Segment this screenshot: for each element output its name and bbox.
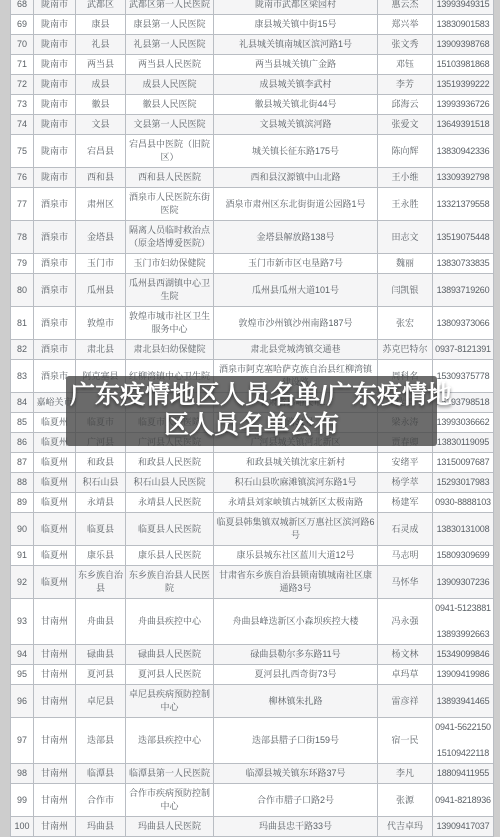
cell-institution: 舟曲县疾控中心 — [126, 599, 214, 645]
cell-address: 和政县城关镇沈家庄新村 — [214, 453, 378, 473]
table-row: 78 酒泉市 金塔县 隔离人员临时救治点（原金塔博爱医院） 金塔县解放路138号… — [11, 221, 494, 254]
cell-phone: 0941-5123881 13893992663 — [433, 599, 494, 645]
table-row: 98 甘南州 临潭县 临潭县第一人民医院 临潭县城关镇东环路37号 李凡 188… — [11, 764, 494, 784]
cell-address: 碌曲县勒尔多东路11号 — [214, 645, 378, 665]
cell-row-number: 93 — [11, 599, 34, 645]
cell-row-number: 73 — [11, 95, 34, 115]
cell-row-number: 82 — [11, 340, 34, 360]
cell-city: 陇南市 — [34, 55, 76, 75]
cell-city: 临夏州 — [34, 546, 76, 566]
cell-phone: 18809411955 — [433, 764, 494, 784]
cell-phone: 0941-5622150 15109422118 — [433, 718, 494, 764]
cell-phone: 15103981868 — [433, 55, 494, 75]
cell-institution: 合作市疾病预防控制中心 — [126, 784, 214, 817]
cell-phone: 13519399222 — [433, 75, 494, 95]
cell-county: 合作市 — [76, 784, 126, 817]
cell-address: 敦煌市沙州镇沙州南路187号 — [214, 307, 378, 340]
cell-contact: 闫凯银 — [378, 274, 433, 307]
cell-row-number: 70 — [11, 35, 34, 55]
table-row: 69 陇南市 康县 康县第一人民医院 康县城关镇中街15号 郑兴举 138309… — [11, 15, 494, 35]
cell-city: 陇南市 — [34, 95, 76, 115]
cell-phone: 15349099846 — [433, 645, 494, 665]
table-row: 82 酒泉市 肃北县 肃北县妇幼保健院 肃北县党城湾镇交通巷 苏克巴特尔 093… — [11, 340, 494, 360]
cell-phone: 13909307236 — [433, 566, 494, 599]
cell-city: 甘南州 — [34, 718, 76, 764]
cell-address: 积石山县吹麻滩镇滨河东路1号 — [214, 473, 378, 493]
cell-county: 肃州区 — [76, 188, 126, 221]
cell-contact: 魏丽 — [378, 254, 433, 274]
cell-city: 临夏州 — [34, 493, 76, 513]
cell-row-number: 91 — [11, 546, 34, 566]
cell-contact: 李芳 — [378, 75, 433, 95]
cell-county: 敦煌市 — [76, 307, 126, 340]
cell-institution: 瓜州县西湖镇中心卫生院 — [126, 274, 214, 307]
cell-phone: 13809373066 — [433, 307, 494, 340]
table-row: 87 临夏州 和政县 和政县人民医院 和政县城关镇沈家庄新村 安绪平 13150… — [11, 453, 494, 473]
cell-city: 甘南州 — [34, 685, 76, 718]
cell-phone: 13893941465 — [433, 685, 494, 718]
table-row: 95 甘南州 夏河县 夏河县人民医院 夏河县扎西奇街73号 卓玛草 139094… — [11, 665, 494, 685]
cell-phone: 13309392798 — [433, 168, 494, 188]
cell-city: 陇南市 — [34, 15, 76, 35]
cell-county: 西和县 — [76, 168, 126, 188]
cell-contact: 代吉卓玛 — [378, 817, 433, 837]
cell-contact: 雷彦祥 — [378, 685, 433, 718]
cell-contact: 张宏 — [378, 307, 433, 340]
cell-phone: 13830131008 — [433, 513, 494, 546]
cell-contact: 卓玛草 — [378, 665, 433, 685]
cell-address: 夏河县扎西奇街73号 — [214, 665, 378, 685]
cell-institution: 东乡族自治县人民医院 — [126, 566, 214, 599]
cell-row-number: 92 — [11, 566, 34, 599]
table-row: 77 酒泉市 肃州区 酒泉市人民医院东街医院 酒泉市肃州区东北街街道公园路1号 … — [11, 188, 494, 221]
watermark-banner: 广东疫情地区人员名单/广东疫情地 区人员名单公布 — [66, 376, 437, 446]
cell-row-number: 71 — [11, 55, 34, 75]
cell-institution: 康县第一人民医院 — [126, 15, 214, 35]
cell-contact: 安绪平 — [378, 453, 433, 473]
table-row: 74 陇南市 文县 文县第一人民医院 文县城关镇滨河路 张爱文 13649391… — [11, 115, 494, 135]
cell-address: 玛曲县忠干路33号 — [214, 817, 378, 837]
cell-contact: 马怀华 — [378, 566, 433, 599]
cell-row-number: 79 — [11, 254, 34, 274]
cell-institution: 夏河县人民医院 — [126, 665, 214, 685]
cell-address: 两当县城关镇广金路 — [214, 55, 378, 75]
cell-row-number: 83 — [11, 360, 34, 393]
cell-institution: 敦煌市城市社区卫生服务中心 — [126, 307, 214, 340]
table-row: 75 陇南市 宕昌县 宕昌县中医院（旧院区） 城关镇长征东路175号 陈向辉 1… — [11, 135, 494, 168]
cell-county: 徽县 — [76, 95, 126, 115]
cell-phone: 0930-8888103 — [433, 493, 494, 513]
cell-city: 陇南市 — [34, 75, 76, 95]
table-row: 91 临夏州 康乐县 康乐县人民医院 康乐县城东社区蓝川大道12号 马志明 15… — [11, 546, 494, 566]
cell-county: 和政县 — [76, 453, 126, 473]
cell-address: 酒泉市肃州区东北街街道公园路1号 — [214, 188, 378, 221]
table-row: 68 陇南市 武都区 武都区第一人民医院 陇南市武都区梁园村 惠云杰 13993… — [11, 0, 494, 15]
cell-row-number: 96 — [11, 685, 34, 718]
cell-institution: 成县人民医院 — [126, 75, 214, 95]
table-row: 79 酒泉市 玉门市 玉门市妇幼保健院 玉门市新市区屯垦路7号 魏丽 13830… — [11, 254, 494, 274]
cell-county: 文县 — [76, 115, 126, 135]
cell-row-number: 69 — [11, 15, 34, 35]
cell-city: 酒泉市 — [34, 340, 76, 360]
cell-city: 陇南市 — [34, 135, 76, 168]
cell-contact: 王小维 — [378, 168, 433, 188]
cell-contact: 邱海云 — [378, 95, 433, 115]
cell-row-number: 89 — [11, 493, 34, 513]
cell-contact: 冯永强 — [378, 599, 433, 645]
cell-city: 陇南市 — [34, 168, 76, 188]
cell-institution: 宕昌县中医院（旧院区） — [126, 135, 214, 168]
cell-city: 陇南市 — [34, 115, 76, 135]
cell-city: 临夏州 — [34, 566, 76, 599]
cell-institution: 卓尼县疾病预防控制中心 — [126, 685, 214, 718]
table-row: 70 陇南市 礼县 礼县第一人民医院 礼县城关镇南城区滨河路1号 张文秀 139… — [11, 35, 494, 55]
cell-row-number: 90 — [11, 513, 34, 546]
table-row: 93 甘南州 舟曲县 舟曲县疾控中心 舟曲县峰迭新区小森坝疾控大楼 冯永强 09… — [11, 599, 494, 645]
cell-row-number: 87 — [11, 453, 34, 473]
cell-address: 甘肃省东乡族自治县锁南镇城南社区康通路3号 — [214, 566, 378, 599]
cell-phone: 13993036662 — [433, 413, 494, 433]
cell-row-number: 99 — [11, 784, 34, 817]
cell-county: 两当县 — [76, 55, 126, 75]
cell-county: 迭部县 — [76, 718, 126, 764]
cell-address: 临潭县城关镇东环路37号 — [214, 764, 378, 784]
cell-contact: 邓钰 — [378, 55, 433, 75]
cell-county: 成县 — [76, 75, 126, 95]
cell-contact: 田志文 — [378, 221, 433, 254]
cell-institution: 武都区第一人民医院 — [126, 0, 214, 15]
cell-address: 玉门市新市区屯垦路7号 — [214, 254, 378, 274]
cell-phone: 13909417037 — [433, 817, 494, 837]
cell-address: 礼县城关镇南城区滨河路1号 — [214, 35, 378, 55]
cell-address: 瓜州县瓜州大道101号 — [214, 274, 378, 307]
cell-institution: 临夏县人民医院 — [126, 513, 214, 546]
table-row: 96 甘南州 卓尼县 卓尼县疾病预防控制中心 柳林镇朱扎路 雷彦祥 138939… — [11, 685, 494, 718]
cell-row-number: 97 — [11, 718, 34, 764]
table-row: 88 临夏州 积石山县 积石山县人民医院 积石山县吹麻滩镇滨河东路1号 杨学萃 … — [11, 473, 494, 493]
cell-institution: 永靖县人民医院 — [126, 493, 214, 513]
cell-institution: 玛曲县人民医院 — [126, 817, 214, 837]
cell-row-number: 76 — [11, 168, 34, 188]
cell-address: 文县城关镇滨河路 — [214, 115, 378, 135]
cell-institution: 迭部县疾控中心 — [126, 718, 214, 764]
cell-address: 舟曲县峰迭新区小森坝疾控大楼 — [214, 599, 378, 645]
cell-row-number: 86 — [11, 433, 34, 453]
cell-address: 徽县城关镇北街44号 — [214, 95, 378, 115]
watermark-line-2: 区人员名单公布 — [70, 410, 433, 440]
cell-institution: 两当县人民医院 — [126, 55, 214, 75]
cell-row-number: 68 — [11, 0, 34, 15]
cell-county: 玛曲县 — [76, 817, 126, 837]
cell-phone: 0937-8121391 — [433, 340, 494, 360]
cell-row-number: 75 — [11, 135, 34, 168]
cell-city: 酒泉市 — [34, 274, 76, 307]
cell-address: 城关镇长征东路175号 — [214, 135, 378, 168]
cell-contact: 杨文林 — [378, 645, 433, 665]
cell-county: 玉门市 — [76, 254, 126, 274]
cell-city: 甘南州 — [34, 599, 76, 645]
table-row: 89 临夏州 永靖县 永靖县人民医院 永靖县刘家峡镇古城新区太极南路 杨建军 0… — [11, 493, 494, 513]
cell-phone: 13321379558 — [433, 188, 494, 221]
cell-institution: 和政县人民医院 — [126, 453, 214, 473]
cell-phone: 13830119095 — [433, 433, 494, 453]
cell-city: 酒泉市 — [34, 254, 76, 274]
cell-county: 礼县 — [76, 35, 126, 55]
cell-county: 康乐县 — [76, 546, 126, 566]
cell-institution: 隔离人员临时救治点（原金塔博爱医院） — [126, 221, 214, 254]
cell-address: 肃北县党城湾镇交通巷 — [214, 340, 378, 360]
cell-city: 甘南州 — [34, 645, 76, 665]
cell-contact: 王永胜 — [378, 188, 433, 221]
cell-county: 临潭县 — [76, 764, 126, 784]
table-row: 73 陇南市 徽县 徽县人民医院 徽县城关镇北街44号 邱海云 13993936… — [11, 95, 494, 115]
cell-row-number: 84 — [11, 393, 34, 413]
cell-contact: 杨学萃 — [378, 473, 433, 493]
cell-city: 陇南市 — [34, 0, 76, 15]
cell-county: 舟曲县 — [76, 599, 126, 645]
table-row: 99 甘南州 合作市 合作市疾病预防控制中心 合作市腊子口路2号 张源 0941… — [11, 784, 494, 817]
cell-contact: 张源 — [378, 784, 433, 817]
cell-county: 积石山县 — [76, 473, 126, 493]
cell-city: 临夏州 — [34, 513, 76, 546]
cell-phone: 13993949315 — [433, 0, 494, 15]
cell-county: 瓜州县 — [76, 274, 126, 307]
cell-county: 夏河县 — [76, 665, 126, 685]
cell-row-number: 98 — [11, 764, 34, 784]
table-row: 71 陇南市 两当县 两当县人民医院 两当县城关镇广金路 邓钰 15103981… — [11, 55, 494, 75]
cell-phone: 0941-8218936 — [433, 784, 494, 817]
cell-institution: 康乐县人民医院 — [126, 546, 214, 566]
cell-city: 陇南市 — [34, 35, 76, 55]
cell-contact: 宿一民 — [378, 718, 433, 764]
cell-address: 柳林镇朱扎路 — [214, 685, 378, 718]
table-row: 72 陇南市 成县 成县人民医院 成县城关镇李武村 李芳 13519399222 — [11, 75, 494, 95]
table-row: 76 陇南市 西和县 西和县人民医院 西和县汉源镇中山北路 王小维 133093… — [11, 168, 494, 188]
table-row: 90 临夏州 临夏县 临夏县人民医院 临夏县韩集镇双城新区万惠社区滨河路6号 石… — [11, 513, 494, 546]
cell-institution: 文县第一人民医院 — [126, 115, 214, 135]
cell-city: 酒泉市 — [34, 307, 76, 340]
cell-institution: 碌曲县人民医院 — [126, 645, 214, 665]
cell-institution: 积石山县人民医院 — [126, 473, 214, 493]
cell-phone: 15293017983 — [433, 473, 494, 493]
cell-phone: 13909398768 — [433, 35, 494, 55]
cell-phone: 13830901583 — [433, 15, 494, 35]
cell-county: 永靖县 — [76, 493, 126, 513]
cell-city: 临夏州 — [34, 473, 76, 493]
watermark-line-1: 广东疫情地区人员名单/广东疫情地 — [70, 380, 433, 410]
cell-address: 金塔县解放路138号 — [214, 221, 378, 254]
table-row: 100 甘南州 玛曲县 玛曲县人民医院 玛曲县忠干路33号 代吉卓玛 13909… — [11, 817, 494, 837]
cell-county: 武都区 — [76, 0, 126, 15]
cell-city: 甘南州 — [34, 764, 76, 784]
cell-contact: 李凡 — [378, 764, 433, 784]
cell-phone: 13893719260 — [433, 274, 494, 307]
table-row: 97 甘南州 迭部县 迭部县疾控中心 迭部县腊子口街159号 宿一民 0941-… — [11, 718, 494, 764]
cell-phone: 13993936726 — [433, 95, 494, 115]
cell-institution: 礼县第一人民医院 — [126, 35, 214, 55]
cell-address: 康县城关镇中街15号 — [214, 15, 378, 35]
cell-address: 陇南市武都区梁园村 — [214, 0, 378, 15]
cell-address: 西和县汉源镇中山北路 — [214, 168, 378, 188]
cell-row-number: 94 — [11, 645, 34, 665]
cell-row-number: 81 — [11, 307, 34, 340]
cell-phone: 15809309699 — [433, 546, 494, 566]
cell-address: 永靖县刘家峡镇古城新区太极南路 — [214, 493, 378, 513]
cell-contact: 石灵成 — [378, 513, 433, 546]
cell-institution: 酒泉市人民医院东街医院 — [126, 188, 214, 221]
cell-city: 临夏州 — [34, 453, 76, 473]
cell-row-number: 80 — [11, 274, 34, 307]
cell-row-number: 78 — [11, 221, 34, 254]
table-row: 94 甘南州 碌曲县 碌曲县人民医院 碌曲县勒尔多东路11号 杨文林 15349… — [11, 645, 494, 665]
cell-city: 甘南州 — [34, 817, 76, 837]
cell-phone: 13519075448 — [433, 221, 494, 254]
cell-county: 卓尼县 — [76, 685, 126, 718]
cell-county: 宕昌县 — [76, 135, 126, 168]
cell-county: 临夏县 — [76, 513, 126, 546]
cell-county: 金塔县 — [76, 221, 126, 254]
cell-row-number: 100 — [11, 817, 34, 837]
cell-row-number: 77 — [11, 188, 34, 221]
cell-institution: 临潭县第一人民医院 — [126, 764, 214, 784]
cell-address: 迭部县腊子口街159号 — [214, 718, 378, 764]
cell-contact: 郑兴举 — [378, 15, 433, 35]
cell-contact: 杨建军 — [378, 493, 433, 513]
cell-row-number: 95 — [11, 665, 34, 685]
cell-contact: 张文秀 — [378, 35, 433, 55]
table-row: 81 酒泉市 敦煌市 敦煌市城市社区卫生服务中心 敦煌市沙州镇沙州南路187号 … — [11, 307, 494, 340]
cell-county: 康县 — [76, 15, 126, 35]
table-row: 80 酒泉市 瓜州县 瓜州县西湖镇中心卫生院 瓜州县瓜州大道101号 闫凯银 1… — [11, 274, 494, 307]
cell-address: 康乐县城东社区蓝川大道12号 — [214, 546, 378, 566]
cell-county: 肃北县 — [76, 340, 126, 360]
table-row: 92 临夏州 东乡族自治县 东乡族自治县人民医院 甘肃省东乡族自治县锁南镇城南社… — [11, 566, 494, 599]
cell-county: 碌曲县 — [76, 645, 126, 665]
screenshot-page: 68 陇南市 武都区 武都区第一人民医院 陇南市武都区梁园村 惠云杰 13993… — [0, 0, 500, 837]
cell-county: 东乡族自治县 — [76, 566, 126, 599]
cell-institution: 西和县人民医院 — [126, 168, 214, 188]
cell-city: 甘南州 — [34, 665, 76, 685]
cell-row-number: 85 — [11, 413, 34, 433]
cell-contact: 惠云杰 — [378, 0, 433, 15]
cell-city: 酒泉市 — [34, 188, 76, 221]
cell-phone: 13830733835 — [433, 254, 494, 274]
cell-institution: 徽县人民医院 — [126, 95, 214, 115]
cell-contact: 马志明 — [378, 546, 433, 566]
cell-address: 临夏县韩集镇双城新区万惠社区滨河路6号 — [214, 513, 378, 546]
cell-contact: 陈向辉 — [378, 135, 433, 168]
cell-phone: 13150097687 — [433, 453, 494, 473]
cell-address: 成县城关镇李武村 — [214, 75, 378, 95]
cell-row-number: 72 — [11, 75, 34, 95]
cell-phone: 13830942336 — [433, 135, 494, 168]
cell-phone: 13649391518 — [433, 115, 494, 135]
cell-address: 合作市腊子口路2号 — [214, 784, 378, 817]
cell-row-number: 74 — [11, 115, 34, 135]
cell-row-number: 88 — [11, 473, 34, 493]
cell-phone: 13909419986 — [433, 665, 494, 685]
cell-city: 甘南州 — [34, 784, 76, 817]
cell-contact: 张爱文 — [378, 115, 433, 135]
cell-institution: 肃北县妇幼保健院 — [126, 340, 214, 360]
cell-institution: 玉门市妇幼保健院 — [126, 254, 214, 274]
cell-contact: 苏克巴特尔 — [378, 340, 433, 360]
cell-city: 酒泉市 — [34, 221, 76, 254]
